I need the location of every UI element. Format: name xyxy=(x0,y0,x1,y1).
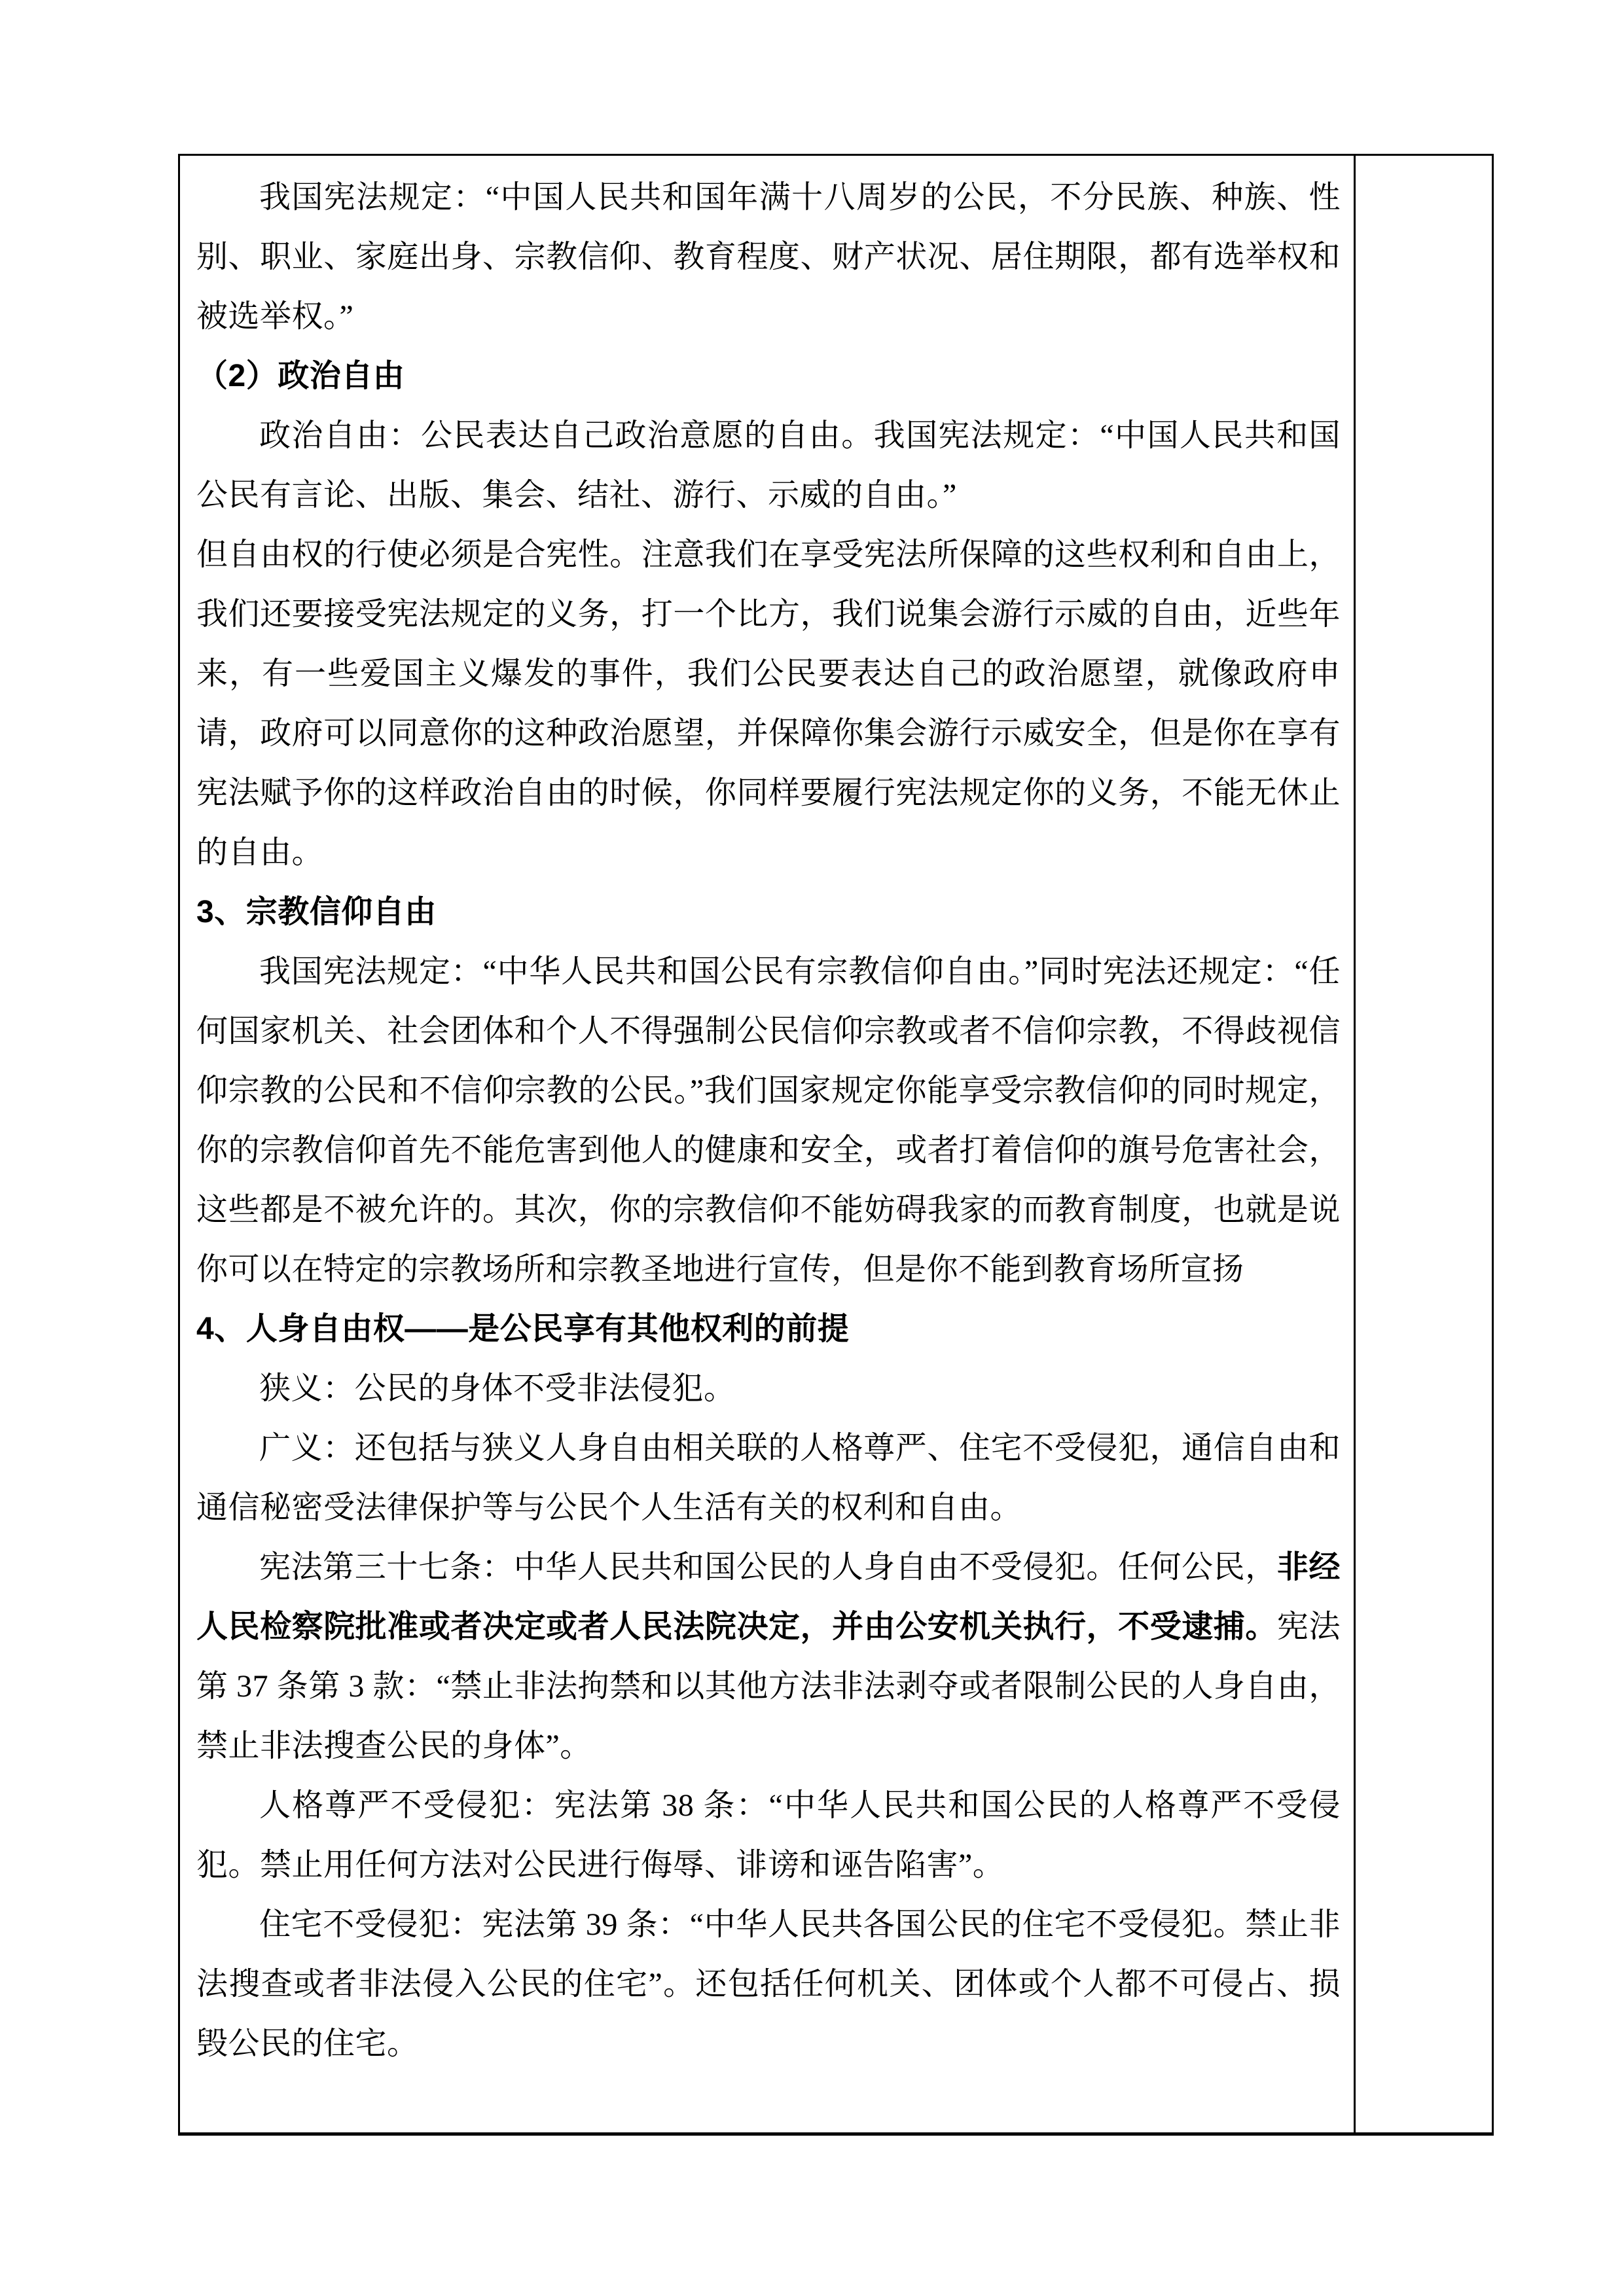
body-paragraph: 我国宪法规定：“中国人民共和国年满十八周岁的公民，不分民族、种族、性别、职业、家… xyxy=(196,168,1341,346)
body-paragraph: 狭义：公民的身体不受非法侵犯。 xyxy=(196,1359,1341,1418)
content-table: 我国宪法规定：“中国人民共和国年满十八周岁的公民，不分民族、种族、性别、职业、家… xyxy=(178,154,1494,2136)
document-page: { "page": { "background_color": "#ffffff… xyxy=(0,0,1624,2296)
bold-text-run: （2）政治自由 xyxy=(196,359,405,393)
body-paragraph: 但自由权的行使必须是合宪性。注意我们在享受宪法所保障的这些权利和自由上，我们还要… xyxy=(196,525,1341,882)
text-run: 广义：还包括与狭义人身自由相关联的人格尊严、住宅不受侵犯，通信自由和通信秘密受法… xyxy=(196,1431,1341,1525)
bold-text-run: 3、宗教信仰自由 xyxy=(196,895,437,929)
text-run: 宪法第三十七条：中华人民共和国公民的人身自由不受侵犯。任何公民， xyxy=(259,1550,1277,1585)
section-heading: 3、宗教信仰自由 xyxy=(196,882,1341,942)
text-run: 但自由权的行使必须是合宪性。注意我们在享受宪法所保障的这些权利和自由上，我们还要… xyxy=(196,537,1341,870)
text-run: 住宅不受侵犯：宪法第 39 条：“中华人民共各国公民的住宅不受侵犯。禁止非法搜查… xyxy=(196,1907,1341,2061)
text-run: 人格尊严不受侵犯：宪法第 38 条：“中华人民共和国公民的人格尊严不受侵犯。禁止… xyxy=(196,1788,1341,1882)
text-run: 我国宪法规定：“中华人民共和国公民有宗教信仰自由。”同时宪法还规定：“任何国家机… xyxy=(196,954,1341,1287)
body-paragraph: 政治自由：公民表达自己政治意愿的自由。我国宪法规定：“中国人民共和国公民有言论、… xyxy=(196,406,1341,525)
text-run: 政治自由：公民表达自己政治意愿的自由。我国宪法规定：“中国人民共和国公民有言论、… xyxy=(196,418,1341,512)
section-heading: 4、人身自由权——是公民享有其他权利的前提 xyxy=(196,1299,1341,1359)
section-heading: （2）政治自由 xyxy=(196,346,1341,406)
text-run: 狭义：公民的身体不受非法侵犯。 xyxy=(259,1371,736,1406)
body-paragraph: 我国宪法规定：“中华人民共和国公民有宗教信仰自由。”同时宪法还规定：“任何国家机… xyxy=(196,942,1341,1299)
body-paragraph: 住宅不受侵犯：宪法第 39 条：“中华人民共各国公民的住宅不受侵犯。禁止非法搜查… xyxy=(196,1895,1341,2073)
body-paragraph: 广义：还包括与狭义人身自由相关联的人格尊严、住宅不受侵犯，通信自由和通信秘密受法… xyxy=(196,1418,1341,1537)
side-note-cell xyxy=(1356,156,1492,2132)
body-paragraph: 人格尊严不受侵犯：宪法第 38 条：“中华人民共和国公民的人格尊严不受侵犯。禁止… xyxy=(196,1776,1341,1895)
body-paragraph: 宪法第三十七条：中华人民共和国公民的人身自由不受侵犯。任何公民，非经人民检察院批… xyxy=(196,1537,1341,1776)
main-text-cell: 我国宪法规定：“中国人民共和国年满十八周岁的公民，不分民族、种族、性别、职业、家… xyxy=(180,156,1356,2132)
text-run: 我国宪法规定：“中国人民共和国年满十八周岁的公民，不分民族、种族、性别、职业、家… xyxy=(196,180,1341,334)
bold-text-run: 4、人身自由权——是公民享有其他权利的前提 xyxy=(196,1312,849,1346)
